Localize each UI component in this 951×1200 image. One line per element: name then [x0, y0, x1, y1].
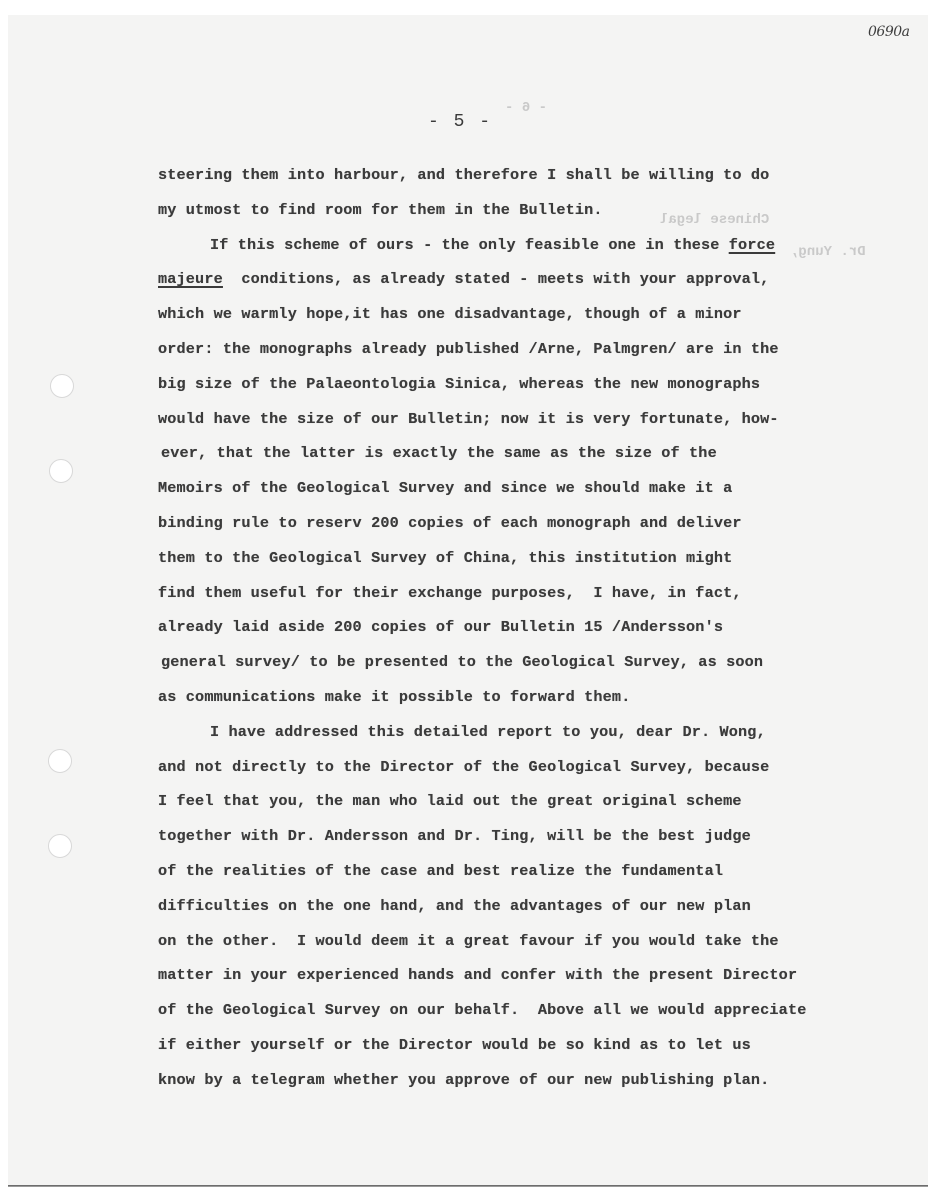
- punch-hole-3: [48, 749, 72, 773]
- letter-body: steering them into harbour, and therefor…: [158, 160, 898, 1100]
- text-line: difficulties on the one hand, and the ad…: [158, 891, 898, 926]
- text-line: know by a telegram whether you approve o…: [158, 1065, 898, 1100]
- text-line: of the realities of the case and best re…: [158, 856, 898, 891]
- punch-hole-1: [50, 374, 74, 398]
- text-line: of the Geological Survey on our behalf. …: [158, 995, 898, 1030]
- archive-reference-number: 0690a: [868, 24, 909, 40]
- page-number: - 5 -: [420, 112, 500, 132]
- text-line: my utmost to find room for them in the B…: [158, 195, 898, 230]
- text-line: already laid aside 200 copies of our Bul…: [158, 612, 898, 647]
- text-line: Memoirs of the Geological Survey and sin…: [158, 473, 898, 508]
- text-line: which we warmly hope,it has one disadvan…: [158, 299, 898, 334]
- text-line: them to the Geological Survey of China, …: [158, 543, 898, 578]
- text-line: order: the monographs already published …: [158, 334, 898, 369]
- text-line: and not directly to the Director of the …: [158, 752, 898, 787]
- punch-hole-2: [49, 459, 73, 483]
- text-line: matter in your experienced hands and con…: [158, 960, 898, 995]
- text-line: I feel that you, the man who laid out th…: [158, 786, 898, 821]
- text-line: would have the size of our Bulletin; now…: [158, 404, 898, 439]
- bleed-through-text: - 6 -: [505, 100, 547, 116]
- text-line: I have addressed this detailed report to…: [158, 717, 898, 752]
- text-line: general survey/ to be presented to the G…: [158, 647, 898, 682]
- text-line: if either yourself or the Director would…: [158, 1030, 898, 1065]
- text-line: together with Dr. Andersson and Dr. Ting…: [158, 821, 898, 856]
- text-line: binding rule to reserv 200 copies of eac…: [158, 508, 898, 543]
- text-line: on the other. I would deem it a great fa…: [158, 926, 898, 961]
- punch-hole-4: [48, 834, 72, 858]
- text-line: ever, that the latter is exactly the sam…: [158, 438, 898, 473]
- text-line: majeure conditions, as already stated - …: [158, 264, 898, 299]
- text-line: as communications make it possible to fo…: [158, 682, 898, 717]
- text-line: steering them into harbour, and therefor…: [158, 160, 898, 195]
- text-line: big size of the Palaeontologia Sinica, w…: [158, 369, 898, 404]
- text-segment: If this scheme of ours - the only feasib…: [210, 236, 729, 254]
- underlined-phrase: force: [729, 236, 775, 254]
- underlined-phrase: majeure: [158, 270, 223, 288]
- text-segment: conditions, as already stated - meets wi…: [223, 270, 770, 288]
- text-line: If this scheme of ours - the only feasib…: [158, 230, 898, 265]
- text-line: find them useful for their exchange purp…: [158, 578, 898, 613]
